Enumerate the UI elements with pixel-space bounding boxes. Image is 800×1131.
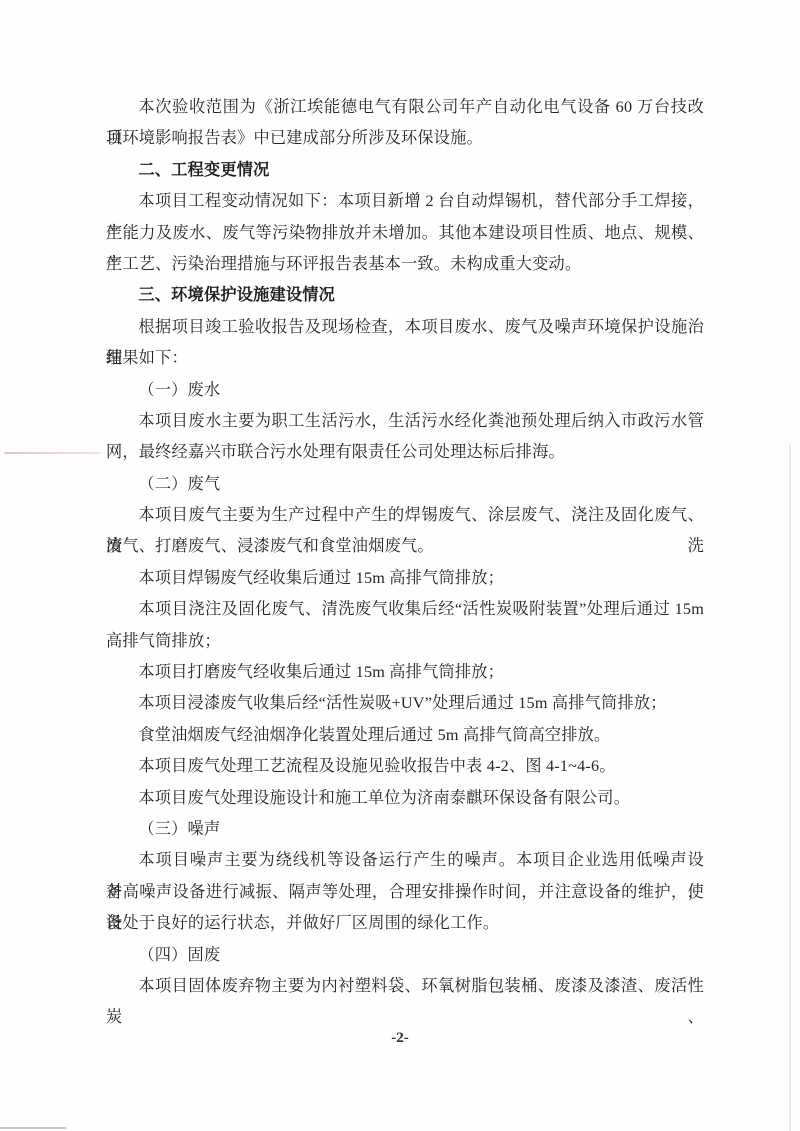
scanned-document-page: 本次验收范围为《浙江埃能德电气有限公司年产自动化电气设备 60 万台技改项目环境… bbox=[0, 0, 800, 1131]
text-line: 本项目废气主要为生产过程中产生的焊锡废气、涂层废气、浇注及固化废气、清洗 bbox=[106, 500, 704, 531]
text-line: （三）噪声 bbox=[106, 814, 704, 845]
text-line: 本次验收范围为《浙江埃能德电气有限公司年产自动化电气设备 60 万台技改项 bbox=[106, 92, 704, 123]
text-line: 本项目废气处理工艺流程及设施见验收报告中表 4-2、图 4-1~4-6。 bbox=[106, 751, 704, 782]
text-line: 网，最终经嘉兴市联合污水处理有限责任公司处理达标后排海。 bbox=[106, 437, 704, 468]
text-line: 对高噪声设备进行减振、隔声等处理，合理安排操作时间，并注意设备的维护，使设 bbox=[106, 877, 704, 908]
text-line: 本项目浇注及固化废气、清洗废气收集后经“活性炭吸附装置”处理后通过 15m bbox=[106, 594, 704, 625]
document-body: 本次验收范围为《浙江埃能德电气有限公司年产自动化电气设备 60 万台技改项目环境… bbox=[0, 0, 800, 1002]
scan-artifact-bottom-left-line bbox=[0, 1127, 66, 1129]
text-line: 结果如下： bbox=[106, 343, 704, 374]
text-line: 备处于良好的运行状态，并做好厂区周围的绿化工作。 bbox=[106, 908, 704, 939]
text-line: 本项目废气处理设施设计和施工单位为济南泰麒环保设备有限公司。 bbox=[106, 783, 704, 814]
text-line: 本项目废水主要为职工生活污水，生活污水经化粪池预处理后纳入市政污水管 bbox=[106, 406, 704, 437]
text-line: （四）固废 bbox=[106, 940, 704, 971]
text-line: 根据项目竣工验收报告及现场检查，本项目废水、废气及噪声环境保护设施治理 bbox=[106, 312, 704, 343]
text-line: 目环境影响报告表》中已建成部分所涉及环保设施。 bbox=[106, 123, 704, 154]
page-number: -2- bbox=[391, 1030, 409, 1046]
page-footer: -2- bbox=[0, 1026, 800, 1050]
text-line: 高排气筒排放； bbox=[106, 626, 704, 657]
text-line: 本项目固体废弃物主要为内衬塑料袋、环氧树脂包装桶、废漆及漆渣、废活性炭、 bbox=[106, 971, 704, 1002]
text-line: 产能力及废水、废气等污染物排放并未增加。其他本建设项目性质、地点、规模、生 bbox=[106, 218, 704, 249]
text-line: （二）废气 bbox=[106, 469, 704, 500]
text-line: 本项目噪声主要为绕线机等设备运行产生的噪声。本项目企业选用低噪声设备， bbox=[106, 845, 704, 876]
text-line: 本项目浸漆废气收集后经“活性炭吸+UV”处理后通过 15m 高排气筒排放； bbox=[106, 688, 704, 719]
text-line: 本项目工程变动情况如下：本项目新增 2 台自动焊锡机，替代部分手工焊接，生 bbox=[106, 186, 704, 217]
text-line: 本项目焊锡废气经收集后通过 15m 高排气筒排放； bbox=[106, 563, 704, 594]
text-line: （一）废水 bbox=[106, 375, 704, 406]
text-line: 本项目打磨废气经收集后通过 15m 高排气筒排放； bbox=[106, 657, 704, 688]
section-heading: 二、工程变更情况 bbox=[106, 155, 704, 186]
text-line: 产工艺、污染治理措施与环评报告表基本一致。未构成重大变动。 bbox=[106, 249, 704, 280]
text-line: 食堂油烟废气经油烟净化装置处理后通过 5m 高排气筒高空排放。 bbox=[106, 720, 704, 751]
section-heading: 三、环境保护设施建设情况 bbox=[106, 280, 704, 311]
